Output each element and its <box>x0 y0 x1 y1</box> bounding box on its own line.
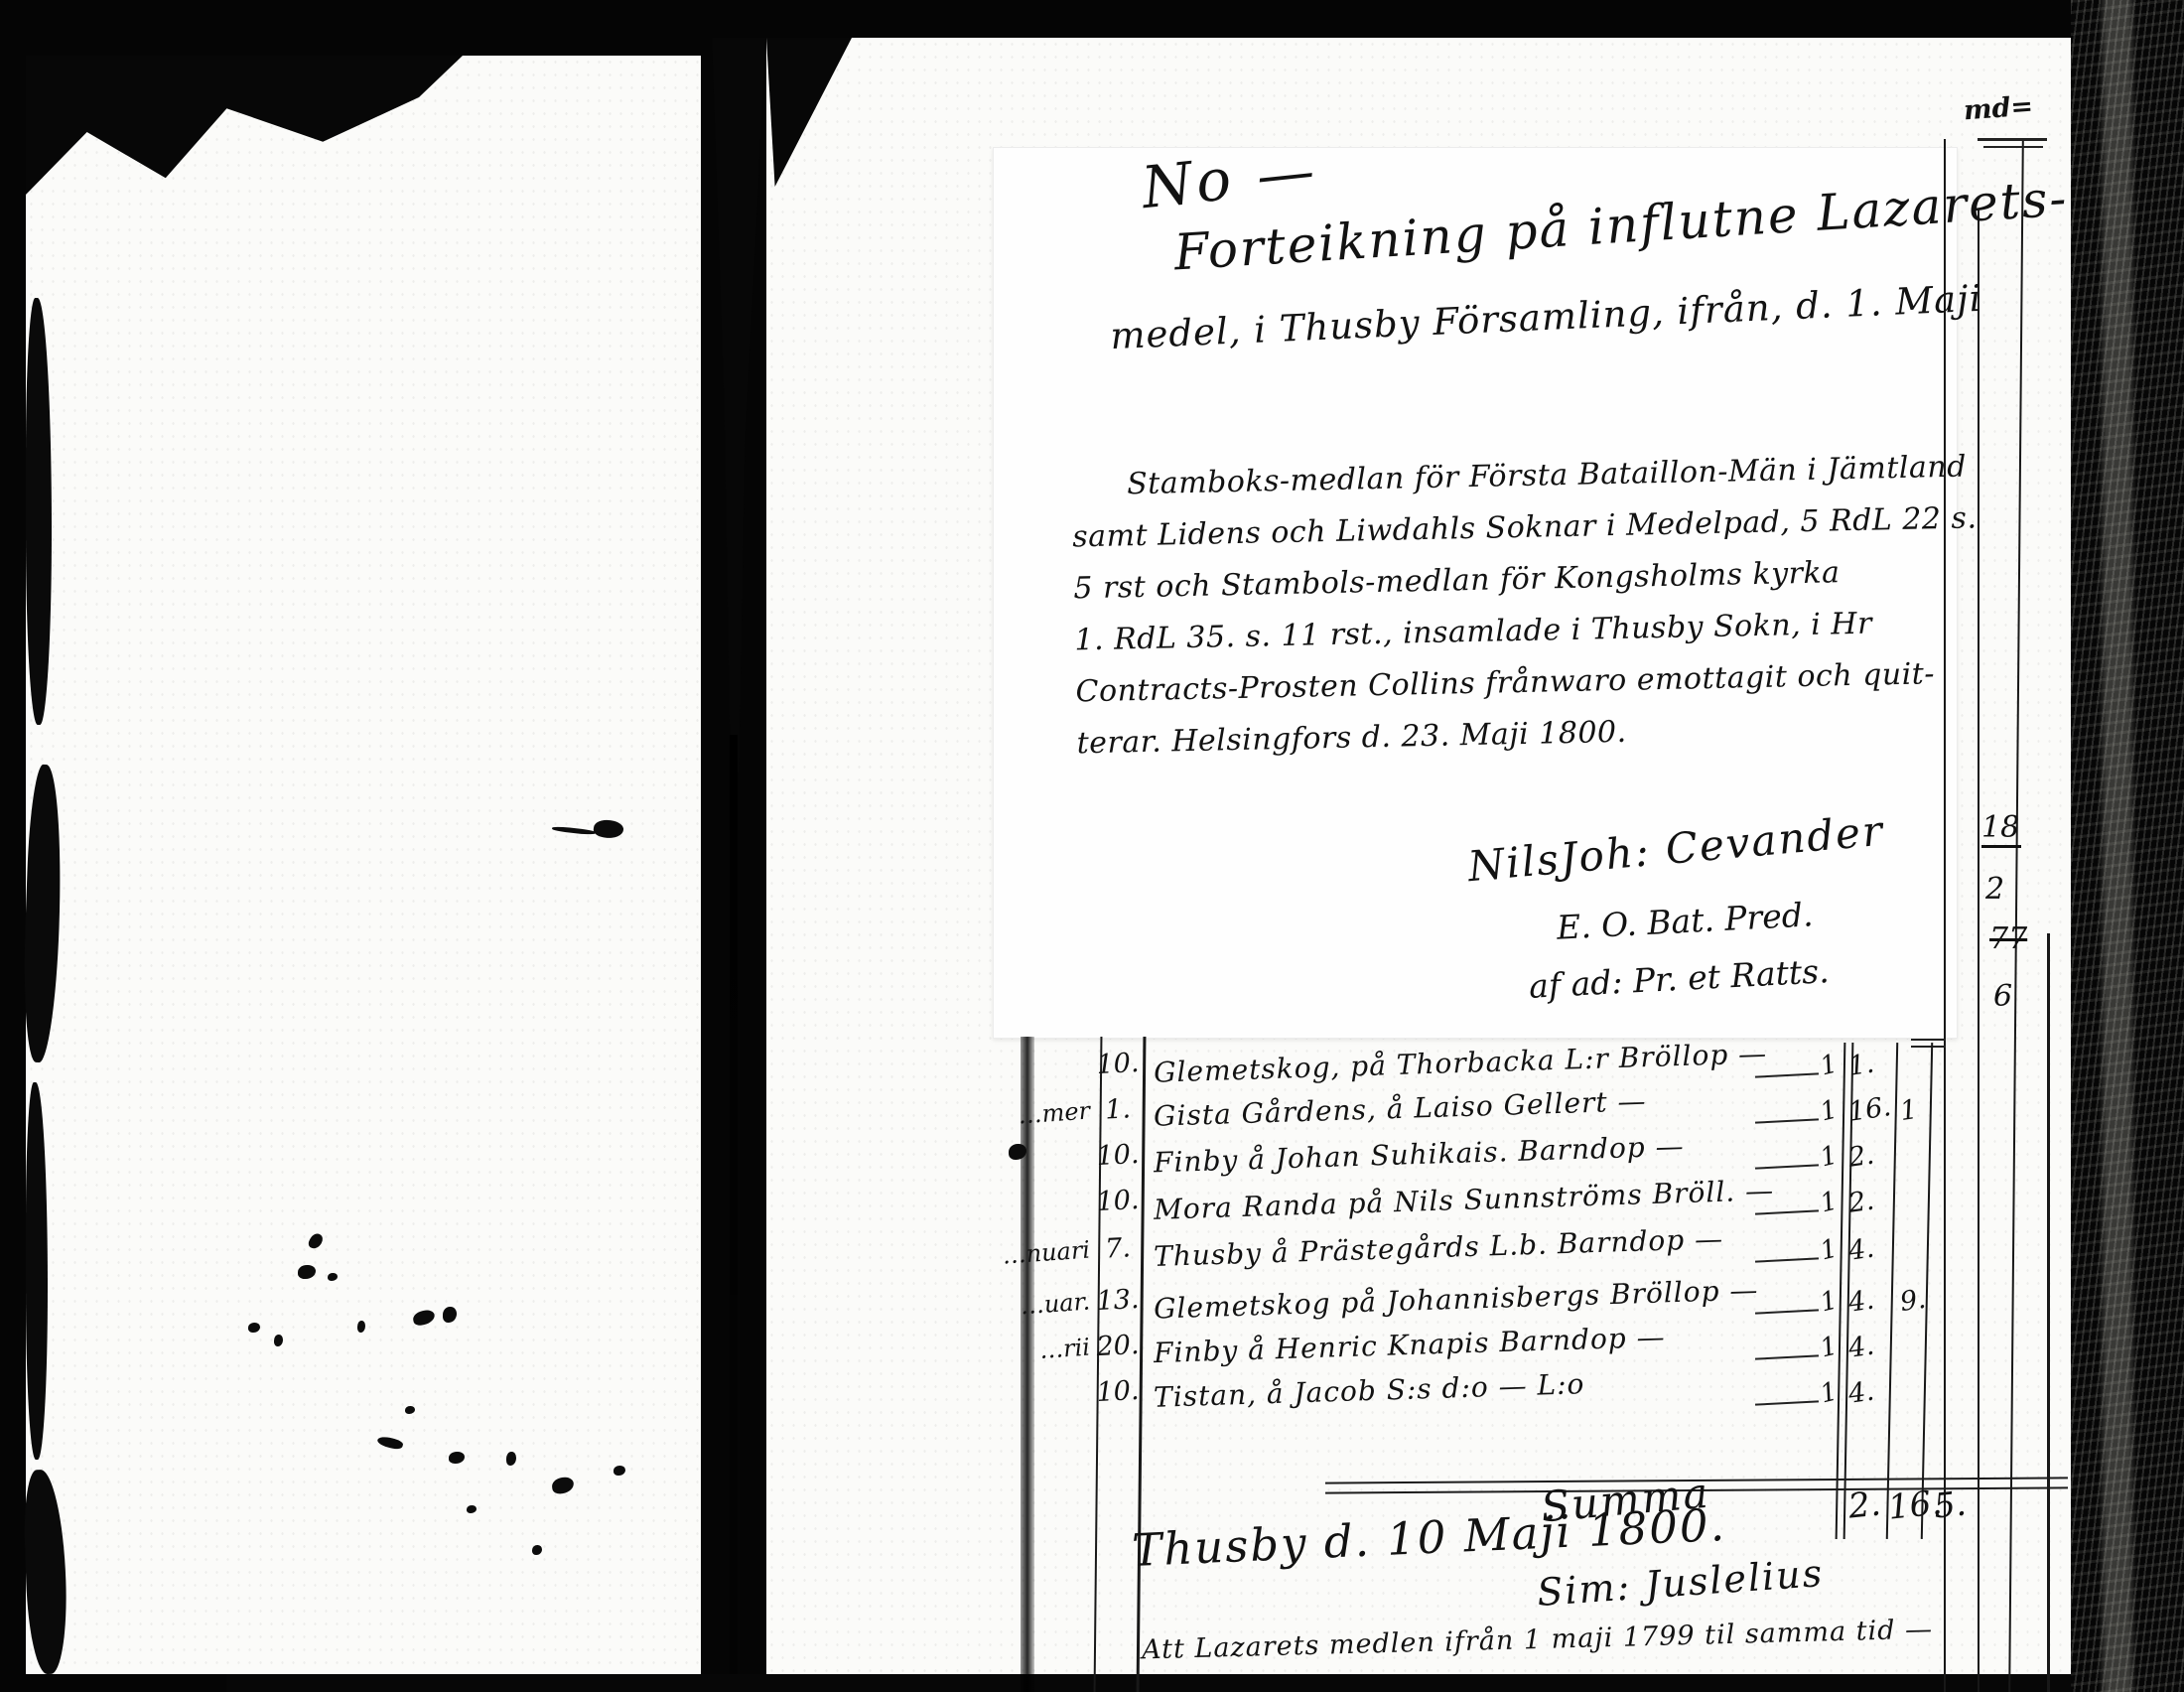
ledger-tick: 1 <box>1818 1285 1841 1318</box>
ruled-line <box>1978 209 1979 1692</box>
scan-bottom-shadow <box>226 1674 2071 1692</box>
ledger-row: 10. Tistan, å Jacob S:s d:o — L:o 1 4. <box>0 1372 2071 1418</box>
leader-line <box>1755 1400 1819 1405</box>
corner-mark: md= <box>1963 91 2034 127</box>
leader-line <box>1755 1164 1819 1169</box>
ledger-amount-2: 1 <box>1898 1092 1934 1127</box>
ledger-row: 10. Glemetskog, på Thorbacka L:r Bröllop… <box>0 1045 2071 1090</box>
ledger-amount: 2. <box>1846 1183 1892 1219</box>
ledger-tick: 1 <box>1818 1376 1841 1409</box>
ledger-day: 10. <box>1095 1139 1141 1172</box>
edge-number: 77 <box>1989 921 2045 956</box>
ledger-amount: 4. <box>1846 1328 1892 1364</box>
ledger-entry-text: Mora Randa på Nils Sunnströms Bröll. — <box>1154 1174 1775 1226</box>
ledger-amount-2 <box>1900 1329 1932 1333</box>
ledger-tick: 1 <box>1818 1233 1841 1266</box>
leader-line <box>1755 1354 1819 1359</box>
ledger-amount: 4. <box>1846 1282 1892 1319</box>
edge-number: 6 <box>1993 979 2049 1014</box>
ledger-tick: 1 <box>1818 1331 1841 1363</box>
book-page-edges <box>2071 0 2184 1692</box>
leader-line <box>1755 1257 1819 1262</box>
receipt-paragraph: Stamboks-medlan för Första Bataillon-Män… <box>1071 450 1971 778</box>
ledger-amount-2 <box>1900 1184 1932 1188</box>
ledger-amount-2 <box>1900 1374 1932 1378</box>
ledger-row: 10. Mora Randa på Nils Sunnströms Bröll.… <box>0 1182 2071 1227</box>
ledger-amount: 4. <box>1846 1373 1892 1410</box>
ledger-row: …rii 20. Finby å Henric Knapis Barndop —… <box>0 1327 2071 1372</box>
ledger-day: 7. <box>1095 1232 1141 1265</box>
margin-month-label <box>991 1189 1090 1196</box>
ledger-entry-text: Tistan, å Jacob S:s d:o — L:o <box>1154 1367 1585 1414</box>
ledger-entry-text: Finby å Henric Knapis Barndop — <box>1154 1321 1666 1369</box>
ruled-line <box>1944 139 1946 1692</box>
ledger-entry-text: Finby å Johan Suhikais. Barndop — <box>1154 1130 1685 1180</box>
ledger-entry-text: Gista Gårdens, å Laiso Gellert — <box>1154 1084 1647 1133</box>
ledger-amount-2 <box>1900 1231 1932 1235</box>
margin-month-label <box>991 1052 1090 1058</box>
margin-month-label: …nuari <box>990 1236 1091 1271</box>
ledger-entry-text: Glemetskog på Johannisbergs Bröllop — <box>1154 1273 1759 1325</box>
ledger-entry-text: Thusby å Prästegårds L.b. Barndop — <box>1154 1222 1724 1273</box>
ledger-day: 20. <box>1095 1330 1141 1362</box>
ledger-amount: 1. <box>1846 1046 1892 1082</box>
ledger-tick: 1 <box>1818 1186 1841 1218</box>
ruled-tick <box>1983 146 2043 148</box>
edge-number: 2 <box>1985 872 2041 907</box>
ledger-day: 10. <box>1095 1185 1141 1217</box>
margin-month-label: …uar. <box>990 1288 1091 1323</box>
margin-month-label: …mer <box>990 1097 1091 1132</box>
leader-line <box>1755 1118 1819 1123</box>
edge-number: 18 <box>1981 810 2021 848</box>
ledger-day: 10. <box>1095 1048 1141 1080</box>
ledger-day: 13. <box>1095 1284 1141 1317</box>
ledger-row: …uar. 13. Glemetskog på Johannisbergs Br… <box>0 1281 2071 1327</box>
summa-value: 2. <box>1846 1483 1882 1526</box>
ledger-day: 10. <box>1095 1375 1141 1408</box>
ledger-amount: 4. <box>1846 1230 1892 1267</box>
ledger-amount-2 <box>1900 1047 1932 1051</box>
ledger-tick: 1 <box>1818 1140 1841 1173</box>
left-page <box>26 56 701 1674</box>
ledger-amount-2 <box>1900 1138 1932 1142</box>
margin-month-label <box>991 1143 1090 1150</box>
ledger-tick: 1 <box>1818 1094 1841 1127</box>
ledger-row: …mer 1. Gista Gårdens, å Laiso Gellert —… <box>0 1090 2071 1136</box>
leader-line <box>1755 1209 1819 1214</box>
leader-line <box>1755 1072 1819 1077</box>
leader-line <box>1755 1309 1819 1314</box>
margin-month-label <box>991 1379 1090 1386</box>
ledger-amount: 2. <box>1846 1137 1892 1174</box>
ruled-tick <box>1978 138 2047 141</box>
ledger-amount-2: 9. <box>1898 1283 1934 1318</box>
summa-value: 5. <box>1932 1483 1968 1526</box>
margin-month-label: …rii <box>990 1334 1091 1368</box>
ledger-day: 1. <box>1095 1093 1141 1126</box>
ruled-tick <box>1911 1039 1946 1041</box>
ledger-tick: 1 <box>1818 1049 1841 1081</box>
ledger-amount: 16. <box>1846 1091 1892 1128</box>
ledger-entry-text: Glemetskog, på Thorbacka L:r Bröllop — <box>1154 1037 1768 1088</box>
